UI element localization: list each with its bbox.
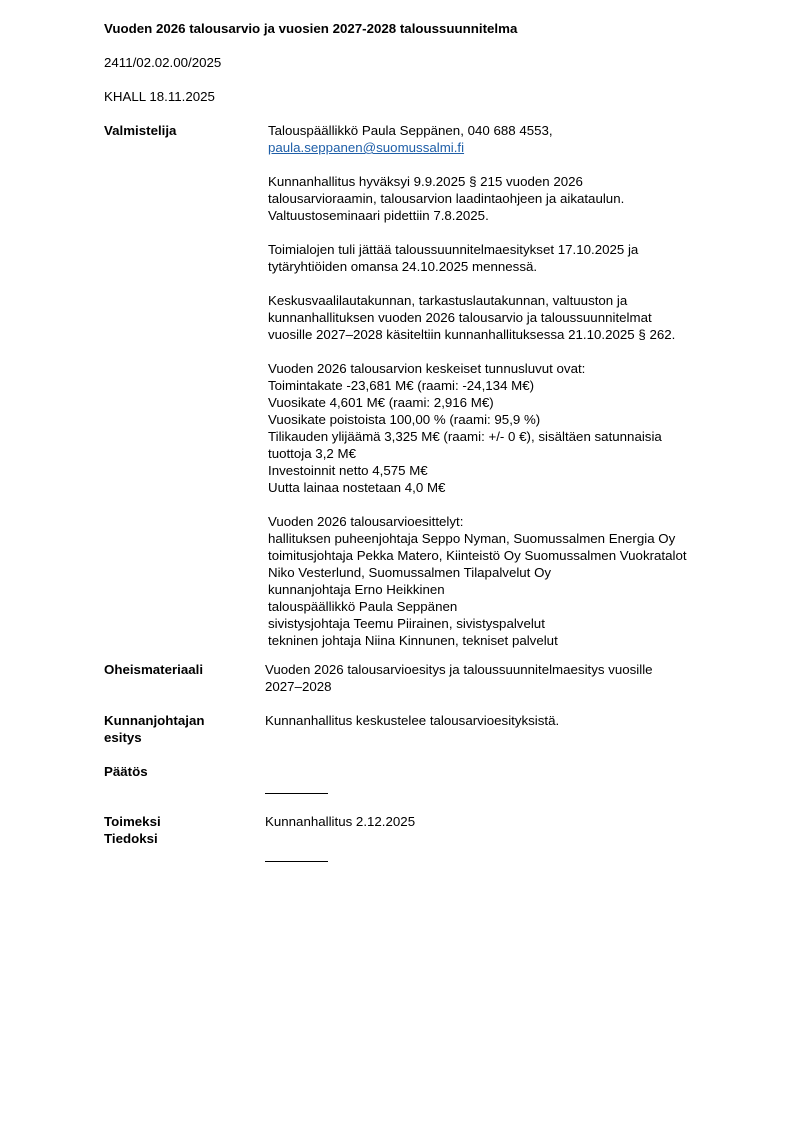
text-line: hallituksen puheenjohtaja Seppo Nyman, S… bbox=[268, 530, 687, 547]
text-line: Vuosikate 4,601 M€ (raami: 2,916 M€) bbox=[268, 394, 687, 411]
text-line: tuottoja 3,2 M€ bbox=[268, 445, 687, 462]
label-toimeksi-tiedoksi: Toimeksi Tiedoksi bbox=[104, 813, 254, 847]
text-line: toimitusjohtaja Pekka Matero, Kiinteistö… bbox=[268, 547, 687, 564]
kunnanjohtajan-esitys-text: Kunnanhallitus keskustelee talousarvioes… bbox=[265, 712, 559, 729]
label-line: Kunnanjohtajan bbox=[104, 712, 254, 729]
text-line: Toimintakate -23,681 M€ (raami: -24,134 … bbox=[268, 377, 687, 394]
text-line: Vuoden 2026 talousarvion keskeiset tunnu… bbox=[268, 360, 687, 377]
text-line: kunnanhallituksen vuoden 2026 talousarvi… bbox=[268, 309, 687, 326]
record-id: 2411/02.02.00/2025 bbox=[104, 54, 221, 71]
text-line: Investoinnit netto 4,575 M€ bbox=[268, 462, 687, 479]
document-title: Vuoden 2026 talousarvio ja vuosien 2027-… bbox=[104, 20, 517, 37]
text-line: Keskusvaalilautakunnan, tarkastuslautaku… bbox=[268, 292, 687, 309]
valmistelija-content: Talouspäällikkö Paula Seppänen, 040 688 … bbox=[268, 122, 687, 649]
meeting-date: KHALL 18.11.2025 bbox=[104, 88, 215, 105]
paragraph-toimialat: Toimialojen tuli jättää taloussuunnitelm… bbox=[268, 241, 687, 275]
paatos-divider bbox=[265, 793, 328, 794]
paragraph-tunnusluvut: Vuoden 2026 talousarvion keskeiset tunnu… bbox=[268, 360, 687, 496]
text-line: Uutta lainaa nostetaan 4,0 M€ bbox=[268, 479, 687, 496]
paragraph-lautakunnat: Keskusvaalilautakunnan, tarkastuslautaku… bbox=[268, 292, 687, 343]
text-line: Vuoden 2026 talousarvioesitys ja talouss… bbox=[265, 661, 653, 678]
text-line: tytäryhtiöiden omansa 24.10.2025 menness… bbox=[268, 258, 687, 275]
toimeksi-divider bbox=[265, 861, 328, 862]
text-line: Kunnanhallitus hyväksyi 9.9.2025 § 215 v… bbox=[268, 173, 687, 190]
text-line: vuosille 2027–2028 käsiteltiin kunnanhal… bbox=[268, 326, 687, 343]
label-line: esitys bbox=[104, 729, 254, 746]
text-line: talousarvioraamin, talousarvion laadinta… bbox=[268, 190, 687, 207]
text-line: Vuoden 2026 talousarvioesittelyt: bbox=[268, 513, 687, 530]
toimeksi-tiedoksi-text: Kunnanhallitus 2.12.2025 bbox=[265, 813, 415, 830]
oheismateriaali-content: Vuoden 2026 talousarvioesitys ja talouss… bbox=[265, 661, 653, 695]
text-line: Tilikauden ylijäämä 3,325 M€ (raami: +/-… bbox=[268, 428, 687, 445]
label-valmistelija: Valmistelija bbox=[104, 122, 254, 139]
label-paatos: Päätös bbox=[104, 763, 254, 780]
text-line: Valtuustoseminaari pidettiin 7.8.2025. bbox=[268, 207, 687, 224]
text-line: tekninen johtaja Niina Kinnunen, teknise… bbox=[268, 632, 687, 649]
label-kunnanjohtajan-esitys: Kunnanjohtajan esitys bbox=[104, 712, 254, 746]
label-oheismateriaali: Oheismateriaali bbox=[104, 661, 254, 678]
text-line: sivistysjohtaja Teemu Piirainen, sivisty… bbox=[268, 615, 687, 632]
text-line: talouspäällikkö Paula Seppänen bbox=[268, 598, 687, 615]
label-line: Tiedoksi bbox=[104, 830, 254, 847]
text-line: 2027–2028 bbox=[265, 678, 653, 695]
text-line: Vuosikate poistoista 100,00 % (raami: 95… bbox=[268, 411, 687, 428]
text-line: Toimialojen tuli jättää taloussuunnitelm… bbox=[268, 241, 687, 258]
text-line: Niko Vesterlund, Suomussalmen Tilapalvel… bbox=[268, 564, 687, 581]
paragraph-esittelyt: Vuoden 2026 talousarvioesittelyt: hallit… bbox=[268, 513, 687, 649]
label-line: Toimeksi bbox=[104, 813, 254, 830]
contact-paragraph: Talouspäällikkö Paula Seppänen, 040 688 … bbox=[268, 122, 687, 156]
contact-line: Talouspäällikkö Paula Seppänen, 040 688 … bbox=[268, 122, 687, 139]
email-link[interactable]: paula.seppanen@suomussalmi.fi bbox=[268, 139, 687, 156]
text-line: kunnanjohtaja Erno Heikkinen bbox=[268, 581, 687, 598]
paragraph-raami: Kunnanhallitus hyväksyi 9.9.2025 § 215 v… bbox=[268, 173, 687, 224]
